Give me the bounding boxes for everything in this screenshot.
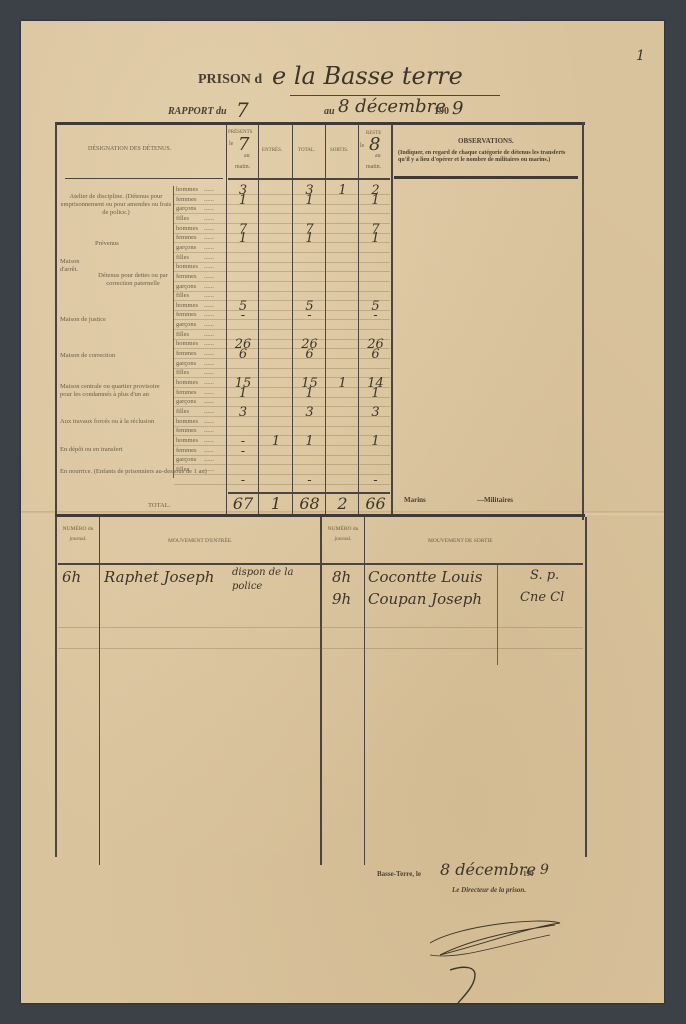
row-sublabel: hommes [176,225,198,232]
exit-name-1: Cocontte Louis [368,568,482,586]
leader-dots: ...... [204,321,214,328]
leader-dots: ...... [204,263,214,270]
entry-note: dispon de la police [232,566,316,594]
row-sublabel: garçons [176,456,196,463]
exit-note-1: S. p. [530,568,559,583]
exit-sub-divider [497,563,498,665]
row-sublabel: garçons [176,321,196,328]
row-reste-value: 1 [360,193,391,208]
leader-dots: ...... [204,196,214,203]
row-sublabel: femmes [176,234,197,241]
numero-entree-header: NUMÉRO du journal. [58,524,98,544]
leader-dots: ...... [204,331,214,338]
category-correction: Maison de correction [60,352,115,360]
ruled-line [58,648,583,649]
row-sublabel: hommes [176,418,198,425]
row-presents-value: 1 [228,193,258,208]
table-right-border [582,122,584,520]
lower-col-divider [99,517,100,865]
leader-dots: ...... [204,311,214,318]
leader-dots: ...... [204,408,214,415]
total-total: 68 [294,494,325,513]
exit-numero-1: 8h [332,568,351,586]
leader-dots: ...... [204,215,214,222]
presents-au: au [244,153,250,159]
rapport-to: 8 décembre [338,96,446,117]
leader-dots: ...... [204,350,214,357]
leader-dots: ...... [204,234,214,241]
leader-dots: ...... [204,369,214,376]
row-bracket [173,186,174,478]
row-sublabel: filles [176,466,189,473]
presents-day: 7 [238,134,249,155]
row-entres-value: 1 [260,434,292,449]
observations-note: (Indiquer, en regard de chaque catégorie… [398,150,578,164]
row-rule [174,474,390,475]
row-presents-value: - [228,473,258,488]
row-presents-value: - [228,308,258,323]
row-presents-value: 1 [228,231,258,246]
leader-dots: ...... [204,398,214,405]
row-total-value: - [294,308,325,323]
table-left-border [55,122,57,520]
row-presents-value: - [228,444,258,459]
reste-matin: matin. [366,164,381,170]
row-sublabel: femmes [176,196,197,203]
row-reste-value: - [360,308,391,323]
total-presents: 67 [228,494,258,513]
category-atelier: Atelier de discipline. (Détenus pour emp… [60,193,172,217]
entrees-header: ENTRÉS. [262,148,282,153]
entree-header: MOUVEMENT D'ENTRÉE. [168,538,232,544]
row-sublabel: filles [176,292,189,299]
marins-label: Marins [404,496,426,504]
lower-left-border [55,517,57,857]
row-sublabel: femmes [176,427,197,434]
row-reste-value: - [360,473,391,488]
footer-date: 8 décembre [440,860,536,879]
row-presents-value: 3 [228,405,258,420]
row-sublabel: hommes [176,263,198,270]
row-sublabel: hommes [176,379,198,386]
row-total-value: - [294,473,325,488]
leader-dots: ...... [204,283,214,290]
year-print: 190 [434,106,449,117]
sortie-header: MOUVEMENT DE SORTIE [428,538,493,544]
prison-name: e la Basse terre [272,62,463,90]
director-signature [420,915,580,1005]
leader-dots: ...... [204,273,214,280]
entry-numero: 6h [62,568,81,586]
row-sublabel: hommes [176,186,198,193]
row-presents-value: 6 [228,347,258,362]
numero-sortie-header: NUMÉRO du journal. [323,524,363,544]
total-reste: 66 [360,494,391,513]
category-travaux-forces: Aux travaux forcés ou à la réclusion [60,418,172,426]
row-sublabel: hommes [176,437,198,444]
table-top-border [55,122,585,125]
leader-dots: ...... [204,379,214,386]
row-sublabel: garçons [176,398,196,405]
leader-dots: ...... [204,340,214,347]
ruled-line [58,627,583,628]
total-entres: 1 [260,494,292,513]
lower-col-divider [320,517,322,865]
leader-dots: ...... [204,254,214,261]
row-sublabel: filles [176,369,189,376]
leader-dots: ...... [204,186,214,193]
category-justice: Maison de justice [60,316,106,324]
exit-numero-2: 9h [332,590,351,608]
category-centrale: Maison centrale ou quartier provisoire p… [60,383,172,399]
row-reste-value: 3 [360,405,391,420]
place-label: Basse-Terre, le [377,870,421,878]
sortis-header: SORTIS. [330,148,348,153]
row-sublabel: filles [176,331,189,338]
leader-dots: ...... [204,466,214,473]
row-sublabel: femmes [176,447,197,454]
leader-dots: ...... [204,205,214,212]
row-sublabel: femmes [176,389,197,396]
row-sublabel: filles [176,408,189,415]
row-sublabel: filles [176,215,189,222]
header-underline [228,178,390,180]
reste-day: 8 [369,134,380,155]
row-reste-value: 1 [360,231,391,246]
row-sublabel: hommes [176,302,198,309]
row-total-value: 1 [294,386,325,401]
row-sortis-value: 1 [327,376,358,391]
signatory-title: Le Directeur de la prison. [452,886,526,894]
leader-dots: ...... [204,292,214,299]
leader-dots: ...... [204,225,214,232]
leader-dots: ...... [204,447,214,454]
header-underline [65,178,223,179]
exit-name-2: Coupan Joseph [368,590,482,608]
row-sublabel: garçons [176,283,196,290]
presents-matin: matin. [235,164,250,170]
row-sublabel: femmes [176,350,197,357]
col-divider [391,124,393,514]
reste-le: le [360,143,364,149]
total-sortis: 2 [327,494,358,513]
row-total-value: 1 [294,434,325,449]
lower-right-border [585,517,587,857]
total-header: TOTAL. [298,148,315,153]
prison-label: PRISON d [198,72,262,88]
rapport-from: 7 [236,98,249,122]
leader-dots: ...... [204,418,214,425]
designation-header: DÉSIGNATION DES DÉTENUS. [88,146,171,152]
footer-year-print: 190 [523,870,534,878]
category-depot: En dépôt ou en transfert [60,446,122,454]
row-total-value: 1 [294,231,325,246]
row-sublabel: femmes [176,311,197,318]
leader-dots: ...... [204,456,214,463]
row-reste-value: 1 [360,434,391,449]
row-presents-value: 1 [228,386,258,401]
observations-header: OBSERVATIONS. [458,137,514,145]
exit-note-2: Cne Cl [520,590,564,605]
footer-year-hand: 9 [540,862,549,878]
corner-mark: 1 [636,48,645,64]
year-hand: 9 [452,98,463,119]
row-sublabel: filles [176,254,189,261]
row-reste-value: 1 [360,386,391,401]
rapport-label: RAPPORT du [168,106,227,117]
lower-header-underline [58,563,583,565]
leader-dots: ...... [204,389,214,396]
row-sortis-value: 1 [327,183,358,198]
row-rule [174,484,390,485]
leader-dots: ...... [204,302,214,309]
row-sublabel: garçons [176,205,196,212]
row-reste-value: 6 [360,347,391,362]
category-prevenus: Prévenus [95,240,119,248]
row-sublabel: hommes [176,340,198,347]
militaires-label: —Militaires [477,496,513,504]
row-total-value: 6 [294,347,325,362]
leader-dots: ...... [204,427,214,434]
category-maison-arret: Maison d'arrêt. [60,258,90,274]
presents-le: le [229,141,233,147]
row-total-value: 3 [294,405,325,420]
leader-dots: ...... [204,437,214,444]
reste-au: au [375,153,381,159]
au-label: au [324,106,335,117]
category-dettes: Détenus pour dettes ou par correction pa… [94,272,172,288]
lower-col-divider [364,517,365,865]
row-total-value: 1 [294,193,325,208]
row-sublabel: garçons [176,360,196,367]
leader-dots: ...... [204,244,214,251]
entry-name: Raphet Joseph [104,568,214,586]
row-sublabel: garçons [176,244,196,251]
row-sublabel: femmes [176,273,197,280]
obs-underline [394,176,578,179]
leader-dots: ...... [204,360,214,367]
total-label: TOTAL. [148,502,170,509]
